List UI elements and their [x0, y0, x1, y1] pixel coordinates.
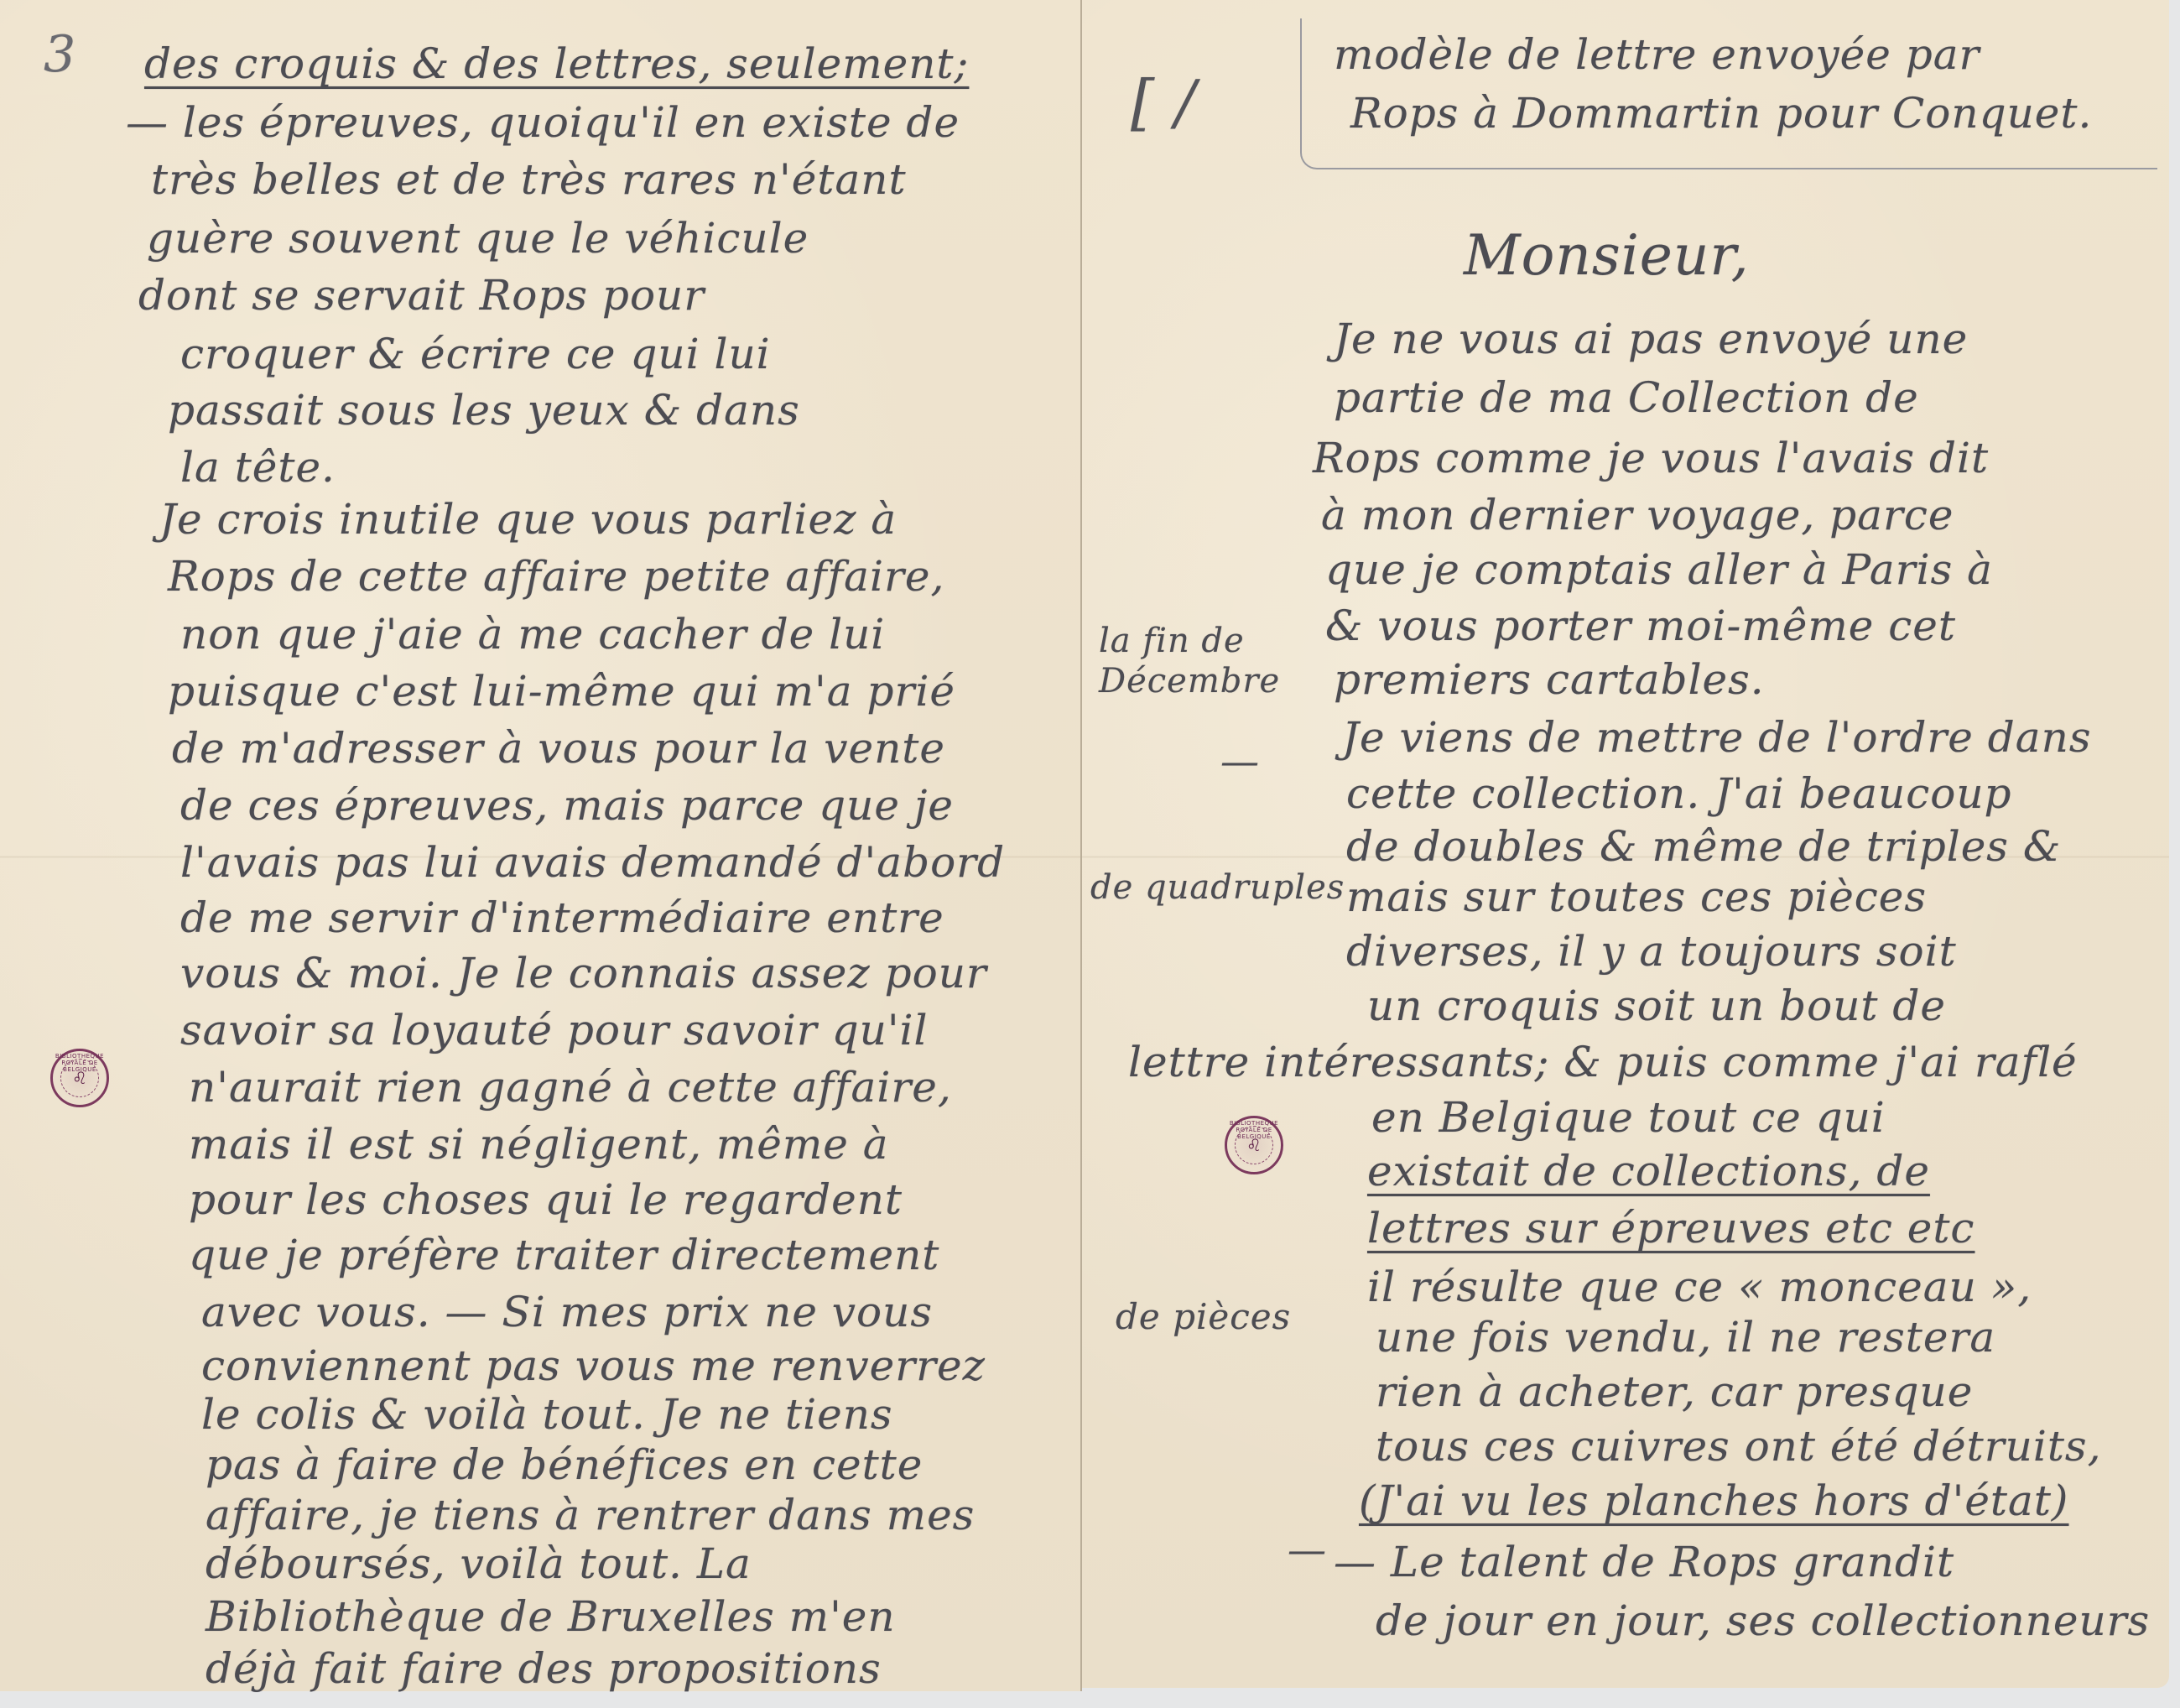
right-line-6: & vous porter moi-même cet — [1325, 597, 1956, 654]
right-line-13: un croquis soit un bout de — [1367, 977, 1946, 1034]
left-line-4: guère souvent que le véhicule — [147, 210, 809, 267]
right-line-5: que je comptais aller à Paris à — [1325, 541, 1993, 598]
left-line-18: savoir sa loyauté pour savoir qu'il — [180, 1002, 929, 1059]
left-line-8: la tête. — [180, 439, 336, 496]
left-line-6: croquer & écrire ce qui lui — [180, 325, 771, 383]
left-line-29: Bibliothèque de Bruxelles m'en — [206, 1588, 896, 1645]
right-line-9: cette collection. J'ai beaucoup — [1346, 765, 2012, 822]
left-line-22: que je préfère traiter directement — [189, 1226, 939, 1284]
left-line-14: de ces épreuves, mais parce que je — [180, 777, 954, 834]
left-line-17: vous & moi. Je le connais assez pour — [180, 945, 987, 1002]
right-line-4: à mon dernier voyage, parce — [1321, 487, 1954, 544]
left-line-7: passait sous les yeux & dans — [168, 382, 800, 439]
margin-dash-2: — — [1288, 1527, 1327, 1572]
left-line-20: mais il est si négligent, même à — [189, 1116, 889, 1173]
left-line-23: avec vous. — Si mes prix ne vous — [201, 1284, 933, 1341]
right-line-23: — Le talent de Rops grandit — [1334, 1534, 1954, 1591]
left-line-12: puisque c'est lui-même qui m'a prié — [168, 663, 955, 720]
left-line-15: l'avais pas lui avais demandé d'abord — [180, 834, 1005, 891]
right-line-12: diverses, il y a toujours soit — [1346, 923, 1957, 980]
margin-note-date: la fin de Décembre — [1099, 621, 1292, 701]
right-line-16: existait de collections, de — [1367, 1143, 1930, 1200]
left-line-30: déjà fait faire des propositions — [206, 1640, 882, 1697]
library-stamp: BIBLIOTHEQUE ROYALE DE BELGIQUE ♌ — [50, 1049, 109, 1107]
right-line-17: lettres sur épreuves etc etc — [1367, 1200, 1974, 1257]
right-line-22: (J'ai vu les planches hors d'état) — [1359, 1472, 2068, 1529]
left-line-10: Rops de cette affaire petite affaire, — [168, 548, 944, 605]
margin-note-quadruples: de quadruples — [1090, 868, 1345, 907]
left-line-16: de me servir d'intermédiaire entre — [180, 889, 944, 946]
margin-note-pieces: de pièces — [1116, 1296, 1291, 1337]
bracket-mark: [ / — [1131, 67, 1196, 138]
left-line-1: des croquis & des lettres, seulement; — [144, 35, 969, 92]
header-note-line-2: Rops à Dommartin pour Conquet. — [1350, 84, 2092, 143]
header-note-line-1: modèle de lettre envoyée par — [1334, 25, 1980, 84]
left-line-5: dont se servait Rops pour — [138, 267, 705, 324]
left-line-9: Je crois inutile que vous parliez à — [159, 491, 897, 548]
right-line-24: de jour en jour, ses collectionneurs — [1376, 1592, 2150, 1649]
left-line-3: très belles et de très rares n'étant — [151, 151, 907, 208]
left-line-21: pour les choses qui le regardent — [189, 1171, 903, 1228]
right-line-20: rien à acheter, car presque — [1376, 1363, 1973, 1420]
left-page: 3 des croquis & des lettres, seulement; … — [0, 0, 1082, 1691]
right-line-11: mais sur toutes ces pièces — [1346, 868, 1927, 925]
right-line-10: de doubles & même de triples & — [1346, 818, 2061, 875]
right-line-14: lettre intéressants; & puis comme j'ai r… — [1128, 1034, 2078, 1091]
right-line-21: tous ces cuivres ont été détruits, — [1376, 1418, 2101, 1475]
right-line-3: Rops comme je vous l'avais dit — [1313, 430, 1989, 487]
right-line-1: Je ne vous ai pas envoyé une — [1334, 310, 1968, 367]
page-number: 3 — [44, 25, 76, 84]
left-line-13: de m'adresser à vous pour la vente — [172, 720, 945, 777]
right-line-15: en Belgique tout ce qui — [1371, 1089, 1886, 1146]
left-line-28: déboursés, voilà tout. La — [206, 1535, 752, 1592]
left-line-19: n'aurait rien gagné à cette affaire, — [189, 1059, 952, 1116]
left-line-26: pas à faire de bénéfices en cette — [206, 1436, 923, 1493]
stamp-text: BIBLIOTHEQUE ROYALE DE BELGIQUE — [53, 1053, 107, 1073]
right-line-18: il résulte que ce « monceau », — [1367, 1258, 2032, 1315]
library-stamp: BIBLIOTHEQUE ROYALE DE BELGIQUE ♌ — [1225, 1116, 1283, 1174]
right-line-2: partie de ma Collection de — [1334, 369, 1919, 426]
left-line-25: le colis & voilà tout. Je ne tiens — [201, 1386, 893, 1443]
left-line-11: non que j'aie à me cacher de lui — [180, 606, 885, 663]
left-line-2: — les épreuves, quoiqu'il en existe de — [126, 94, 960, 151]
right-line-7: premiers cartables. — [1334, 651, 1765, 708]
right-line-8: Je viens de mettre de l'ordre dans — [1342, 709, 2091, 766]
salutation: Monsieur, — [1464, 218, 1750, 294]
stamp-text: BIBLIOTHEQUE ROYALE DE BELGIQUE — [1227, 1120, 1281, 1140]
right-line-19: une fois vendu, il ne restera — [1376, 1309, 1995, 1366]
margin-dash-1: — — [1220, 738, 1260, 784]
